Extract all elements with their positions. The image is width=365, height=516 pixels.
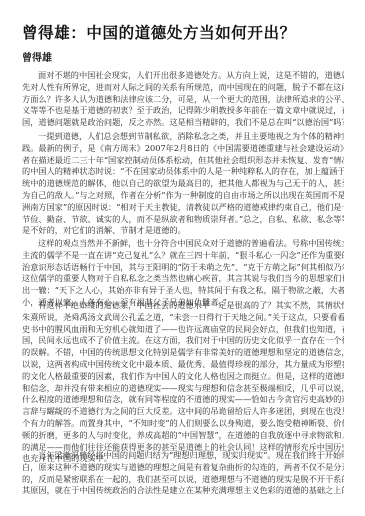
text-line: 个有力的解答。而置身其中，“不知时变”的人们则要么以身殉道，要么饱受精神断裂、价… bbox=[22, 418, 344, 430]
text-line: 史书中的腥风血雨和无穷机心就知道了——也许远离庙堂的民间会好点，但我们也知道，在… bbox=[22, 324, 344, 336]
article-title: 曾得雄：中国的道德处方当如何开出？ bbox=[22, 21, 296, 43]
text-line: 节俭、勤奋、节欲、诚实的人，而不是纵欲者和物质崇拜者。”总之，自私、私欲、私念等… bbox=[22, 214, 344, 226]
text-line: 先对人性有所界定，进而对人际之间的关系有所规范，而中国现在的问题，脱子不都在这两… bbox=[22, 82, 344, 94]
text-line: 践。最新的例子，是《南方周末》2007年2月8日的《中国需要道德重建与社会建设运… bbox=[22, 143, 344, 155]
text-line: 以说，这两者构成中国传统文化中最本质、最优秀、最值得珍视的部分，其力量成为形塑我… bbox=[22, 359, 344, 371]
text-line: 治意识形态话语畅行于中国，其与王阳明的“防于未萌之先”、“克于方萌之际”何其相似… bbox=[22, 262, 344, 274]
text-line: 统中的道德规范的解体，他以自己的欲望为最高目的，把其他人都视为与己无干的人，甚至… bbox=[22, 178, 344, 190]
document-page: 曾得雄：中国的道德处方当如何开出？ 曾得雄 面对不堪的中国社会现实，人们开出很多… bbox=[0, 0, 365, 516]
text-line: 当年梁漱溟曾经将中国的问题归结为“理想归理想，现实归现实”。现在我们终于开始明 bbox=[22, 450, 344, 462]
text-line: 的误解。不错，中国的传统思想文化特别是儒学有非常美好的道德理想和坚定的道德信念，… bbox=[22, 347, 344, 359]
text-line: 为自己的敌人。”与之对照，作者在分析“作为一种制度的自由市场之所以出现在英国而不… bbox=[22, 190, 344, 202]
text-line: 国，民间永远也成不了价值主流。在这方面，我们对于中国的历史文化似乎一直存在一个很… bbox=[22, 335, 344, 347]
text-line: 什么程度的道德理想和信念，就有同等程度的不道德的现实——恰如古今贪官污吏高妙的道… bbox=[22, 394, 344, 406]
text-line: 者在描述最近二三十年“国家控制动员体系松动，但其他社会组织形态并未恢复、发育”情… bbox=[22, 155, 344, 167]
text-line: 有这样不绝如缕的道德家，中国社会的道德水平一定是很高的了？其实不然，其情状恰如 bbox=[22, 300, 344, 312]
paragraph-1: 面对不堪的中国社会现实，人们开出很多道德处方。从方向上说，这是不错的，道德总是 … bbox=[22, 70, 344, 129]
text-line: 的文化人格最重要的因素，我们作为中国人的文化人格也因之而挺立。但是，这样的道德理… bbox=[22, 371, 344, 383]
text-line: 主流的儒学不是一直在讲“克己复礼”么？就在三四十年前，“狠斗私心一闪念”还作为重… bbox=[22, 250, 344, 262]
paragraph-3: 这样的观点当然并不新鲜，也十分符合中国民众对于道德的普遍看法。号称中国传统文化 … bbox=[22, 238, 344, 309]
text-line: 朱熹所说，尧舜禹汤文武周公孔孟之道，“未尝一日得行于天地之间。”关于这点，只要看… bbox=[22, 312, 344, 324]
paragraph-4: 有这样不绝如缕的道德家，中国社会的道德水平一定是很高的了？其实不然，其情状恰如 … bbox=[22, 300, 344, 465]
text-line: 出一辙：“天下之人心，其始亦非有异于圣人也，特其间于有我之私，隔于物欲之蔽，大者… bbox=[22, 285, 344, 297]
text-line: 其原因，就在于中国传统政治的合法性是建立在某种充满理想主义色彩的道德的基础之上的… bbox=[22, 485, 344, 497]
text-line: 义等等不也是基于道德的初衷？至于政治，记得陈少明教授多年前在一篇文章中就说过，在… bbox=[22, 105, 344, 117]
paragraph-2: 一提到道德，人们总会想到节制私欲、消除私念之类，并且主要地视之为个体的精神实 践… bbox=[22, 131, 344, 237]
text-line: 是不好的，对它们的消解、节制才是道德的。 bbox=[22, 225, 344, 237]
text-line: 这位儒学的重要人物对于自私私念之类当然也痛心疾首，其言其说与我们当今的思想家们也… bbox=[22, 273, 344, 285]
text-line: 的中国人的精神状态时说：“不在国家动员体系中的人是一种纯粹私人的存在，加上蕴涵于… bbox=[22, 166, 344, 178]
text-line: 白，原来这种不道德的现实与道德的理想之间是有着复杂曲折的勾连的，两者不仅不是分开 bbox=[22, 462, 344, 474]
article-author: 曾得雄 bbox=[22, 49, 52, 64]
text-line: 洲南方国家”的原因时说：“相对于天主教徒，清教徒以严格的道德戒律约束自己，他们是… bbox=[22, 202, 344, 214]
text-line: 和信念，却并没有带来相应的道德现实——现实与理想和信念甚至极端相反，几乎可以说，… bbox=[22, 383, 344, 395]
text-line: 言辞与龌龊的不道德行为之间的巨大反差。这中间的吊诡留给后人许多迷团，到现在也没见… bbox=[22, 406, 344, 418]
text-line: 方面么？许多人认为道德和法律应该二分，可是，从一个更大的范围，法律所追求的公平、… bbox=[22, 94, 344, 106]
text-line: 面对不堪的中国社会现实，人们开出很多道德处方。从方向上说，这是不错的，道德总是 bbox=[22, 70, 344, 82]
text-line: 这样的观点当然并不新鲜，也十分符合中国民众对于道德的普遍看法。号称中国传统文化 bbox=[22, 238, 344, 250]
paragraph-5: 当年梁漱溟曾经将中国的问题归结为“理想归理想，现实归现实”。现在我们终于开始明 … bbox=[22, 450, 344, 497]
text-line: 一提到道德，人们总会想到节制私欲、消除私念之类，并且主要地视之为个体的精神实 bbox=[22, 131, 344, 143]
text-line: 顿的折磨，更多的人与时变化，养成高超的“中国智慧”，在道德的自我放逐中寻求物欲和… bbox=[22, 430, 344, 442]
text-line: 国，道德问题就是政治问题，反之亦然。这是相当精辟的，我们不是总在叫“以德治国”吗… bbox=[22, 117, 344, 129]
text-line: 的，反而是紧密联系在一起的，我们甚至可以说，道德理想与不道德的现实是脱不开干系的… bbox=[22, 474, 344, 486]
